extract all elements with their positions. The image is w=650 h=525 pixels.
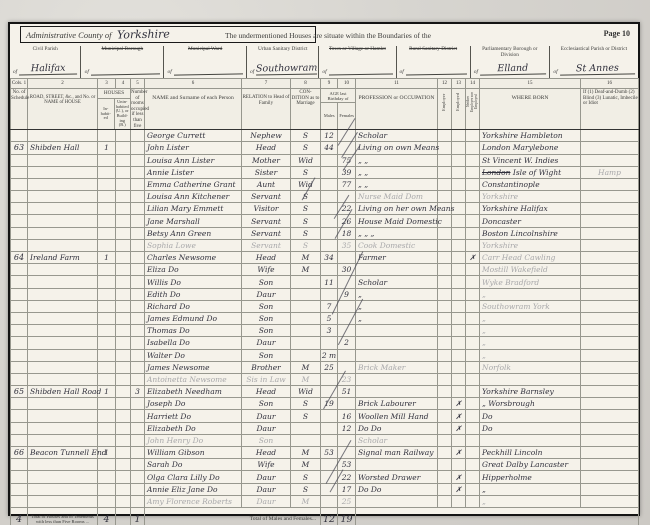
cell-infirmity [581,239,639,251]
of-prefix: of [85,69,89,75]
cell-uninh [116,264,131,276]
colnum-6: 6 [145,79,242,89]
cell-addr [28,483,98,495]
cell-infirmity [581,361,639,373]
cell-addr: Shibden Hall [28,142,98,154]
cell-addr: Ireland Farm [28,252,98,264]
cell-age-m [321,154,338,166]
cell-uninh [116,434,131,446]
cell-relation: Visitor [242,203,291,215]
cell-age-f: 17 [338,483,356,495]
colnum-16: 16 [581,79,639,89]
cell-uninh [116,325,131,337]
cell-inh [98,227,116,239]
cell-sched [11,410,28,422]
cell-employer-mark [438,191,452,203]
cell-condition [291,288,321,300]
cell-condition: S [291,410,321,422]
cell-employer-mark [438,373,452,385]
cell-employed-mark [452,386,466,398]
cell-where-born: Yorkshire Halifax [480,203,581,215]
cell-inh [98,422,116,434]
cell-name: George Currett [145,130,242,142]
cell-addr [28,398,98,410]
cell-where-born: Boston Lincolnshire [480,227,581,239]
cell-where-born: London Marylebone [480,142,581,154]
cell-infirmity [581,191,639,203]
cell-ownaccount-mark [466,495,480,507]
cell-ownaccount-mark [466,447,480,459]
census-row: Emma Catherine GrantAuntWid77„ „Constant… [11,178,639,190]
cell-ownaccount-mark [466,386,480,398]
cell-rooms [131,483,145,495]
cell-addr [28,130,98,142]
cell-inh [98,471,116,483]
cell-occupation [356,495,438,507]
census-row: Edith DoDaur9„„ [11,288,639,300]
boundaries-statement: The undermentioned Houses are situate wi… [225,31,431,40]
cell-relation: Wife [242,264,291,276]
cell-name: Willis Do [145,276,242,288]
cell-name: Walter Do [145,349,242,361]
census-row: Annie ListerSisterS39„ „London Isle of W… [11,166,639,178]
colnum-13: 13 [452,79,466,89]
cell-occupation: „ „ „ [356,227,438,239]
cell-rooms [131,276,145,288]
cell-name: Thomas Do [145,325,242,337]
cell-rooms [131,398,145,410]
cell-age-f: 25 [338,495,356,507]
cell-occupation: Living on own Means [356,142,438,154]
cell-inh [98,434,116,446]
cell-uninh [116,337,131,349]
of-prefix: of [13,69,17,75]
cell-addr [28,337,98,349]
cell-employed-mark [452,495,466,507]
cell-employer-mark [438,300,452,312]
cell-infirmity [581,227,639,239]
header-employed: Employed [452,89,466,130]
cell-name: Louisa Ann Lister [145,154,242,166]
cell-relation: Sister [242,166,291,178]
cell-rooms [131,239,145,251]
cell-employer-mark [438,154,452,166]
cell-rooms: 3 [131,386,145,398]
district-label: Parliamentary Borough or Division [473,47,547,59]
cell-relation: Head [242,386,291,398]
cell-condition [291,300,321,312]
cell-relation: Daur [242,471,291,483]
cell-condition [291,312,321,324]
cell-employed-mark [452,215,466,227]
cell-age-m [321,288,338,300]
cell-employed-mark [452,325,466,337]
cell-name: Antoinetta Newsome [145,373,242,385]
total-houses-label: Total of Houses and of Tenements with le… [28,507,98,525]
cell-name: Jane Marshall [145,215,242,227]
cell-sched [11,239,28,251]
cell-name: Isabella Do [145,337,242,349]
district-civil-parish: Civil Parish ofHalifax [10,46,80,78]
of-prefix: of [250,69,254,75]
cell-name: Joseph Do [145,398,242,410]
census-row: Annie Eliz Jane DoDaurS17Do Do✗„ [11,483,639,495]
cell-name: Charles Newsome [145,252,242,264]
cell-condition: S [291,398,321,410]
cell-age-m [321,178,338,190]
cell-condition: S [291,142,321,154]
cell-sched [11,361,28,373]
cell-occupation: Scholar [356,276,438,288]
district-label: Rural Sanitary District [409,47,457,53]
cell-ownaccount-mark [466,203,480,215]
cell-age-f [338,398,356,410]
cell-rooms [131,191,145,203]
cell-ownaccount-mark [466,471,480,483]
cell-age-m: 2 m [321,349,338,361]
cell-infirmity [581,386,639,398]
cell-where-born: Yorkshire [480,191,581,203]
header-where-born: WHERE BORN [480,89,581,130]
cell-addr: Beacon Tunnell End [28,447,98,459]
cell-employer-mark [438,495,452,507]
cell-rooms [131,178,145,190]
cell-ownaccount-mark [466,239,480,251]
district-value [329,73,393,75]
cell-ownaccount-mark [466,312,480,324]
cell-employed-mark: ✗ [452,398,466,410]
cell-name: Richard Do [145,300,242,312]
cell-rooms [131,459,145,471]
cell-age-m: 5 [321,312,338,324]
cell-condition: S [291,130,321,142]
cell-infirmity [581,264,639,276]
cell-employer-mark [438,288,452,300]
cell-condition: S [291,203,321,215]
cell-condition: M [291,373,321,385]
cell-sched [11,337,28,349]
cell-sched [11,166,28,178]
cell-employed-mark: ✗ [452,471,466,483]
header-houses-group: HOUSES In-habit-ed Unin-habited (U.), or… [98,89,131,130]
header-employer: Employer [438,89,452,130]
district-label: Ecclesiastical Parish or District [561,47,627,53]
cell-uninh [116,203,131,215]
cell-condition: M [291,264,321,276]
cell-employer-mark [438,239,452,251]
cell-condition [291,349,321,361]
cell-uninh [116,300,131,312]
cell-employer-mark [438,349,452,361]
cell-relation: Servant [242,191,291,203]
census-row: Eliza DoWifeM30Mostill Wakefield [11,264,639,276]
cell-employer-mark [438,471,452,483]
cell-occupation: Woollen Mill Hand [356,410,438,422]
cell-condition: Wid [291,386,321,398]
cell-age-f: 51 [338,386,356,398]
cell-occupation: Scholar [356,434,438,446]
cell-where-born: Constantinople [480,178,581,190]
census-row: Betsy Ann GreenServantS18„ „ „Boston Lin… [11,227,639,239]
cell-employer-mark [438,312,452,324]
cell-employed-mark [452,142,466,154]
cell-addr [28,276,98,288]
cell-rooms [131,215,145,227]
district-value: Southowram [256,63,318,75]
cell-condition [291,434,321,446]
cell-employer-mark [438,130,452,142]
cell-inh [98,264,116,276]
cell-condition: S [291,215,321,227]
cell-where-born: Yorkshire Barnsley [480,386,581,398]
cell-age-f: 39 [338,166,356,178]
cell-relation: Daur [242,288,291,300]
colnum-4: 4 [116,79,131,89]
cell-occupation: House Maid Domestic [356,215,438,227]
cell-uninh [116,288,131,300]
cell-employed-mark [452,288,466,300]
district-value [91,73,160,75]
cell-occupation: „ [356,288,438,300]
total-rooms: 1 [131,507,145,525]
cell-inh [98,495,116,507]
census-row: Willis DoSon11ScholarWyke Bradford [11,276,639,288]
cell-where-born [480,373,581,385]
cell-addr [28,361,98,373]
cell-inh [98,166,116,178]
cell-occupation [356,264,438,276]
cell-where-born: „ [480,349,581,361]
census-row: Louisa Ann KitchenerServantSNurse Maid D… [11,191,639,203]
cell-employer-mark [438,166,452,178]
cell-relation: Son [242,276,291,288]
cell-infirmity [581,447,639,459]
cell-rooms [131,410,145,422]
census-row: Antoinetta NewsomeSis in LawM23 [11,373,639,385]
cell-addr [28,288,98,300]
cell-age-m: 44 [321,142,338,154]
census-row: Olga Clara Lilly DoDaurS22Worsted Drawer… [11,471,639,483]
cell-infirmity [581,434,639,446]
cell-relation: Son [242,300,291,312]
cell-inh [98,459,116,471]
cell-occupation: Do Do [356,422,438,434]
cell-employed-mark [452,337,466,349]
cell-age-f: 77 [338,178,356,190]
cell-addr [28,434,98,446]
cell-infirmity [581,276,639,288]
total-females: 19 [338,507,356,525]
cell-age-f: 12 [338,422,356,434]
cell-age-f [338,300,356,312]
cell-addr [28,471,98,483]
cell-ownaccount-mark [466,373,480,385]
district-municipal-borough: Municipal Borough of [80,46,163,78]
cell-relation: Daur [242,422,291,434]
cell-employed-mark [452,154,466,166]
cell-occupation [356,373,438,385]
cell-inh [98,361,116,373]
cell-infirmity [581,483,639,495]
census-table: Cols. 1 2 3 4 5 6 7 8 9 10 11 12 13 14 1… [10,78,639,525]
census-row: Sarah DoWifeM53Great Dalby Lancaster [11,459,639,471]
cell-employer-mark [438,252,452,264]
cell-occupation: Signal man Railway [356,447,438,459]
admin-county-value: Yorkshire [117,28,170,42]
cell-relation: Servant [242,239,291,251]
district-urban-sanitary: Urban Sanitary District ofSouthowram [246,46,318,78]
total-schedules: 4 [11,507,28,525]
cell-infirmity [581,142,639,154]
cell-sched [11,300,28,312]
cell-inh [98,178,116,190]
cell-rooms [131,252,145,264]
cell-infirmity [581,130,639,142]
colnum-10: 10 [338,79,356,89]
cell-condition: S [291,239,321,251]
cell-relation: Head [242,252,291,264]
cell-employed-mark: ✗ [452,410,466,422]
cell-rooms [131,142,145,154]
district-label: Town or Village or Hamlet [329,47,386,53]
cell-age-m: 11 [321,276,338,288]
cell-employer-mark [438,264,452,276]
cell-condition: M [291,361,321,373]
cell-sched [11,422,28,434]
cell-infirmity [581,178,639,190]
page-number: Page 10 [604,29,630,38]
cell-occupation [356,337,438,349]
cell-uninh [116,252,131,264]
of-prefix: of [553,69,557,75]
cell-employed-mark [452,227,466,239]
cell-where-born: Yorkshire Hambleton [480,130,581,142]
cell-relation: Daur [242,495,291,507]
cell-inh [98,154,116,166]
census-rows: George CurrettNephewS12ScholarYorkshire … [11,130,639,508]
cell-name: Annie Eliz Jane Do [145,483,242,495]
district-value: Halifax [19,63,78,75]
form-top-strip: Administrative County of Yorkshire The u… [10,24,638,46]
total-uninhabited [116,507,131,525]
cell-employed-mark: ✗ [452,447,466,459]
cell-where-born: Mostill Wakefield [480,264,581,276]
cell-employer-mark [438,142,452,154]
colnum-7: 7 [242,79,291,89]
census-row: Harriett DoDaurS16Woollen Mill Hand✗Do [11,410,639,422]
cell-condition: S [291,471,321,483]
cell-relation: Aunt [242,178,291,190]
district-town-village: Town or Village or Hamlet of [318,46,395,78]
cell-uninh [116,386,131,398]
cell-occupation [356,459,438,471]
cell-sched [11,154,28,166]
cell-employed-mark [452,312,466,324]
cell-age-m: 3 [321,325,338,337]
cell-where-born: „ [480,325,581,337]
cell-age-m [321,422,338,434]
cell-name: Elizabeth Needham [145,386,242,398]
cell-rooms [131,361,145,373]
cell-inh [98,325,116,337]
cell-uninh [116,166,131,178]
cell-occupation [356,325,438,337]
cell-where-born: „ [480,337,581,349]
cell-sched: 65 [11,386,28,398]
cell-employer-mark [438,227,452,239]
colnum-1: Cols. 1 [11,79,28,89]
of-prefix: of [322,69,326,75]
cell-inh [98,300,116,312]
cell-employed-mark [452,459,466,471]
cell-relation: Head [242,447,291,459]
cell-where-born: Carr Head Cawling [480,252,581,264]
cell-employer-mark [438,459,452,471]
cell-age-f [338,349,356,361]
cell-age-m [321,203,338,215]
cell-where-born: Southowram York [480,300,581,312]
header-males: Males [321,103,337,129]
header-schedule: No. of Schedule [11,89,28,130]
cell-ownaccount-mark [466,337,480,349]
census-row: James Edmund DoSon5„„ [11,312,639,324]
cell-ownaccount-mark [466,276,480,288]
cell-infirmity [581,422,639,434]
cell-condition: M [291,495,321,507]
district-label: Civil Parish [33,47,58,53]
cell-sched [11,178,28,190]
cell-relation: Daur [242,410,291,422]
cell-addr [28,227,98,239]
cell-condition [291,337,321,349]
cell-infirmity [581,154,639,166]
cell-sched [11,325,28,337]
cell-uninh [116,227,131,239]
cell-relation: Sis in Law [242,373,291,385]
cell-inh [98,349,116,361]
colnum-5: 5 [131,79,145,89]
cell-inh [98,203,116,215]
cell-occupation: Living on her own Means [356,203,438,215]
column-number-row: Cols. 1 2 3 4 5 6 7 8 9 10 11 12 13 14 1… [11,79,639,89]
colnum-2: 2 [28,79,98,89]
cell-ownaccount-mark [466,300,480,312]
colnum-9: 9 [321,79,338,89]
cell-addr [28,410,98,422]
cell-inh [98,337,116,349]
census-row: James NewsomeBrotherM25Brick MakerNorfol… [11,361,639,373]
cell-uninh [116,495,131,507]
cell-where-born: „ [480,288,581,300]
totals-row: 4 Total of Houses and of Tenements with … [11,507,639,525]
cell-occupation: Scholar [356,130,438,142]
cell-ownaccount-mark [466,325,480,337]
header-uninhabited: Unin-habited (U.), or Build-ing (B.) [114,99,131,129]
census-row: 63Shibden Hall1John ListerHeadS44Living … [11,142,639,154]
cell-uninh [116,142,131,154]
cell-name: Sophia Lowe [145,239,242,251]
cell-employed-mark [452,252,466,264]
cell-name: John Lister [145,142,242,154]
header-females: Females [337,103,355,129]
cell-age-m: 12 [321,130,338,142]
cell-uninh [116,410,131,422]
cell-addr [28,154,98,166]
cell-occupation [356,349,438,361]
cell-addr [28,166,98,178]
cell-ownaccount-mark [466,191,480,203]
cell-ownaccount-mark [466,483,480,495]
